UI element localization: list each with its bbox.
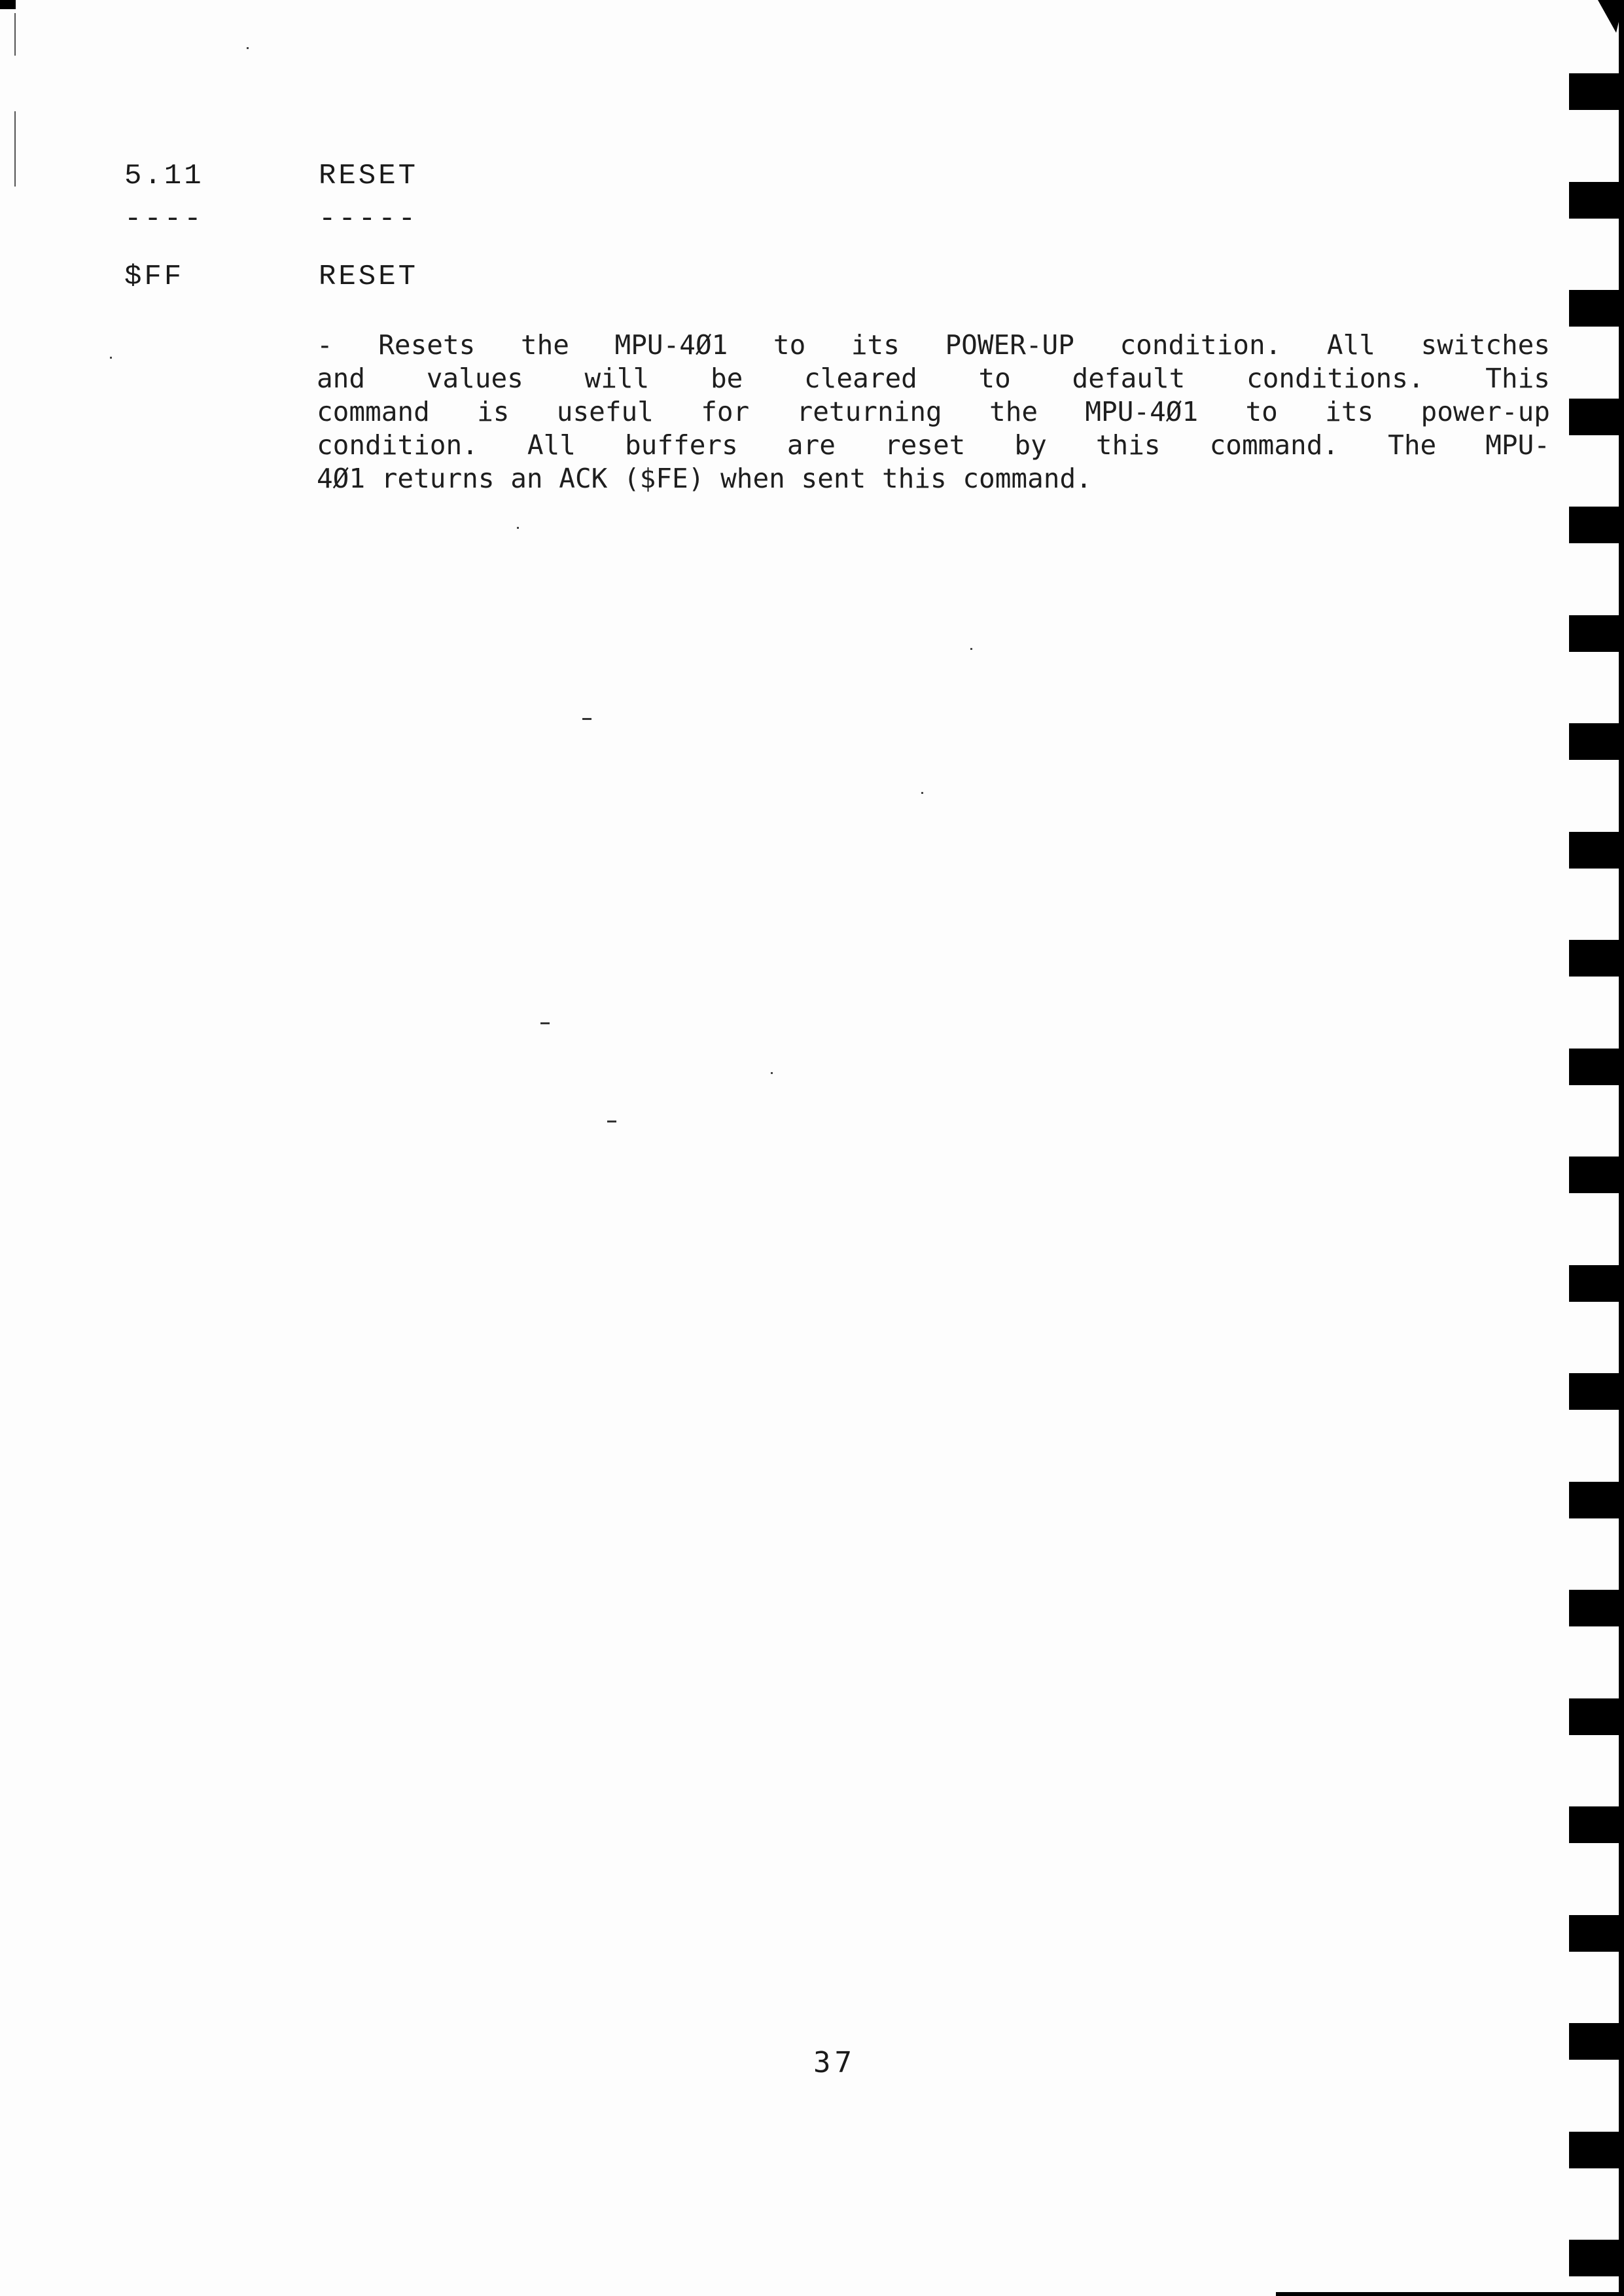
scan-edge-artifact: [14, 111, 16, 187]
command-code: $FF: [124, 260, 184, 293]
binding-hole: [1569, 1265, 1624, 1302]
binding-hole: [1569, 1373, 1624, 1410]
section-number: 5.11: [124, 160, 204, 192]
binding-hole: [1569, 1698, 1624, 1735]
scan-speck: [110, 357, 112, 359]
document-page: 5.11 RESET ---- ----- $FF RESET - Resets…: [0, 0, 1624, 2296]
section-title-underline: -----: [319, 203, 418, 236]
binding-hole: [1569, 1482, 1624, 1518]
binding-hole: [1569, 507, 1624, 543]
section-number-underline: ----: [124, 203, 204, 236]
binding-hole: [1569, 1590, 1624, 1626]
binding-hole: [1569, 832, 1624, 869]
scan-speck: [582, 718, 591, 720]
binding-hole: [1569, 2132, 1624, 2168]
description-line: and values will be cleared to default co…: [317, 362, 1550, 395]
description-line: - Resets the MPU-4Ø1 to its POWER-UP con…: [317, 329, 1550, 362]
binding-hole: [1569, 2023, 1624, 2060]
binding-hole: [1569, 1157, 1624, 1193]
scan-edge-artifact: [14, 13, 16, 56]
binding-hole: [1569, 290, 1624, 327]
scan-speck: [517, 527, 519, 529]
section-title: RESET: [319, 160, 418, 192]
page-number: 37: [813, 2046, 856, 2079]
scan-speck: [540, 1022, 550, 1024]
binding-hole: [1569, 2240, 1624, 2276]
binding-hole: [1569, 1806, 1624, 1843]
command-name: RESET: [319, 260, 418, 293]
binding-hole: [1569, 723, 1624, 760]
scan-speck: [607, 1121, 616, 1122]
binding-hole: [1569, 399, 1624, 435]
description-line: 4Ø1 returns an ACK ($FE) when sent this …: [317, 462, 1550, 495]
command-description: - Resets the MPU-4Ø1 to its POWER-UP con…: [317, 329, 1550, 495]
binding-hole: [1569, 1915, 1624, 1952]
binding-hole: [1569, 182, 1624, 219]
scan-corner-artifact: [0, 0, 16, 9]
scan-speck: [247, 47, 249, 49]
binding-hole: [1569, 73, 1624, 110]
scan-speck: [771, 1072, 773, 1074]
scan-bottom-edge: [1276, 2292, 1624, 2296]
scan-speck: [970, 648, 972, 650]
binding-edge-top: [1598, 0, 1624, 33]
binding-hole: [1569, 940, 1624, 977]
scan-speck: [921, 792, 923, 794]
description-line: command is useful for returning the MPU-…: [317, 395, 1550, 429]
description-line: condition. All buffers are reset by this…: [317, 429, 1550, 462]
binding-hole: [1569, 1049, 1624, 1085]
binding-hole: [1569, 615, 1624, 652]
